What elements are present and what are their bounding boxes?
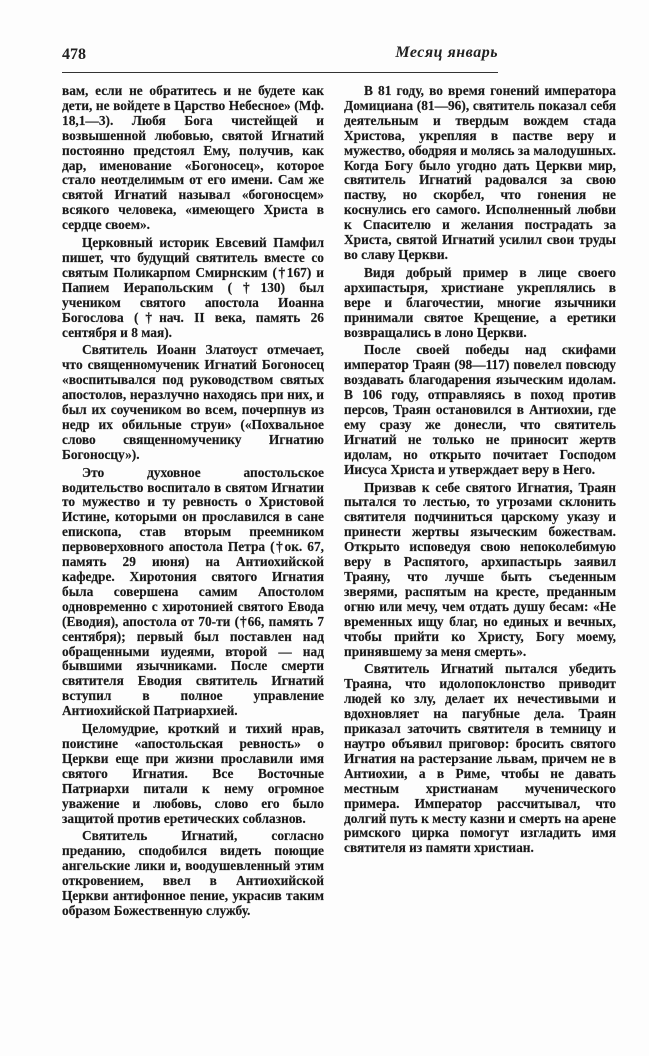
paragraph: В 81 году, во время гонений императора Д… <box>344 84 616 263</box>
paragraph: Святитель Иоанн Златоуст отмечает, что с… <box>62 343 324 462</box>
paragraph: Целомудрие, кроткий и тихий нрав, поисти… <box>62 722 324 826</box>
paragraph: Видя добрый пример в лице своего архипас… <box>344 266 616 341</box>
paragraph: Призвав к себе святого Игнатия, Траян пы… <box>344 481 616 660</box>
paragraph: вам, если не обратитесь и не будете как … <box>62 84 324 233</box>
paragraph: Церковный историк Евсевий Памфил пишет, … <box>62 236 324 340</box>
header-rule <box>62 72 498 73</box>
paragraph: Святитель Игнатий пытался убедить Траяна… <box>344 662 616 856</box>
right-column: В 81 году, во время гонений императора Д… <box>344 84 616 859</box>
paragraph: Это духовное апостольское водительство в… <box>62 466 324 719</box>
running-title: Месяц январь <box>62 44 498 62</box>
paragraph: После своей победы над скифами император… <box>344 343 616 477</box>
page-header: 478 Месяц январь <box>62 40 498 74</box>
paragraph: Святитель Игнатий, согласно преданию, сп… <box>62 829 324 918</box>
left-column: вам, если не обратитесь и не будете как … <box>62 84 324 922</box>
